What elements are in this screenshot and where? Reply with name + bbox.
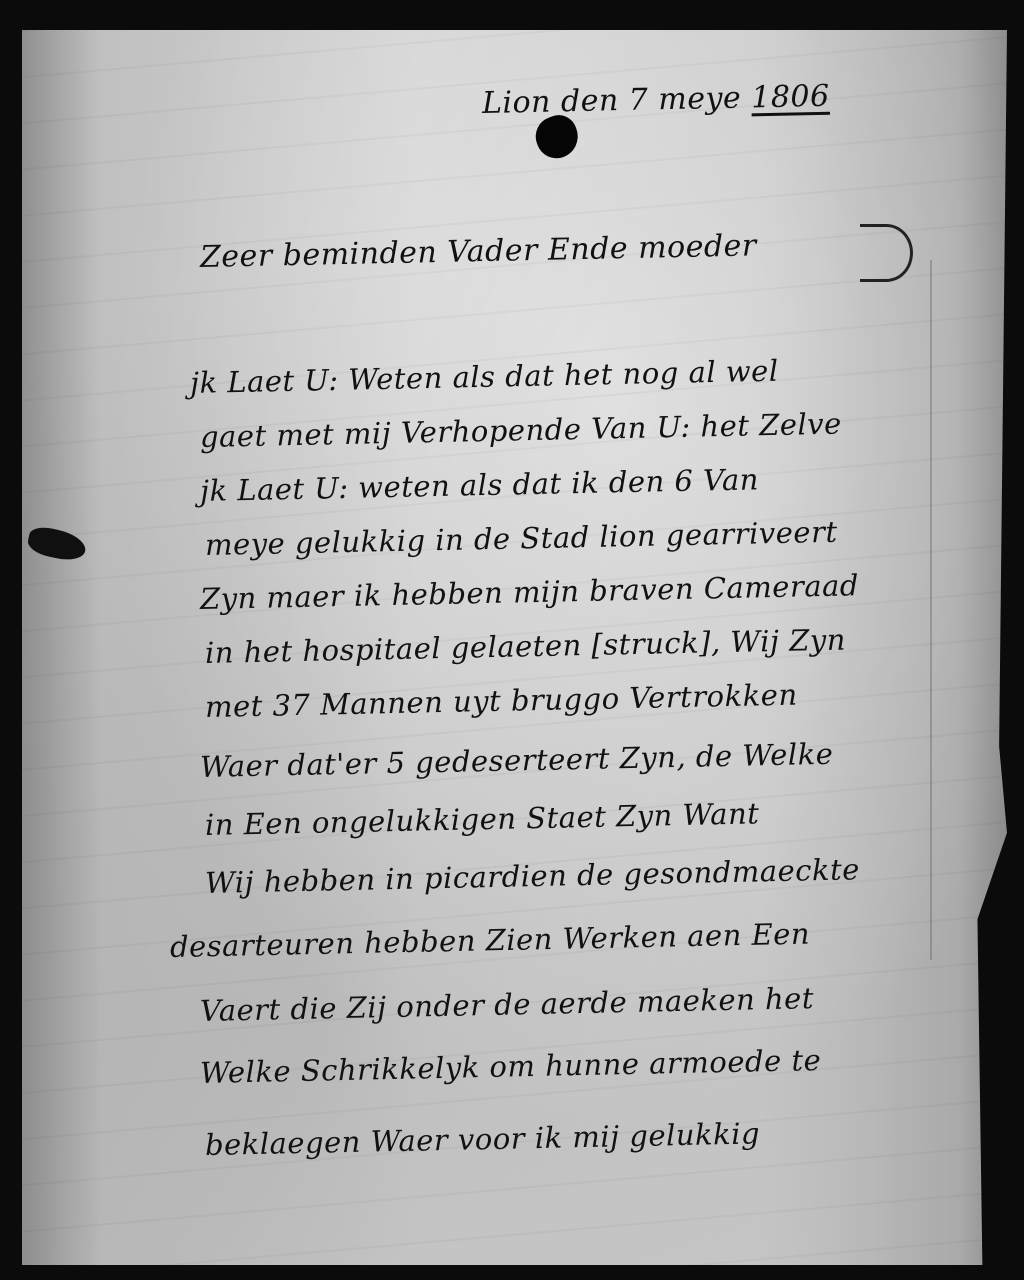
year: 1806 [751,79,830,116]
date-text: den 7 meye [561,81,742,120]
place-name: Lion [482,85,552,121]
salutation-flourish-icon [860,224,913,282]
letter-dateline: Lion den 7 meye 1806 [482,79,830,121]
scanned-letter: Lion den 7 meye 1806 Zeer beminden Vader… [0,0,1024,1280]
paper-fold-line [930,260,932,960]
